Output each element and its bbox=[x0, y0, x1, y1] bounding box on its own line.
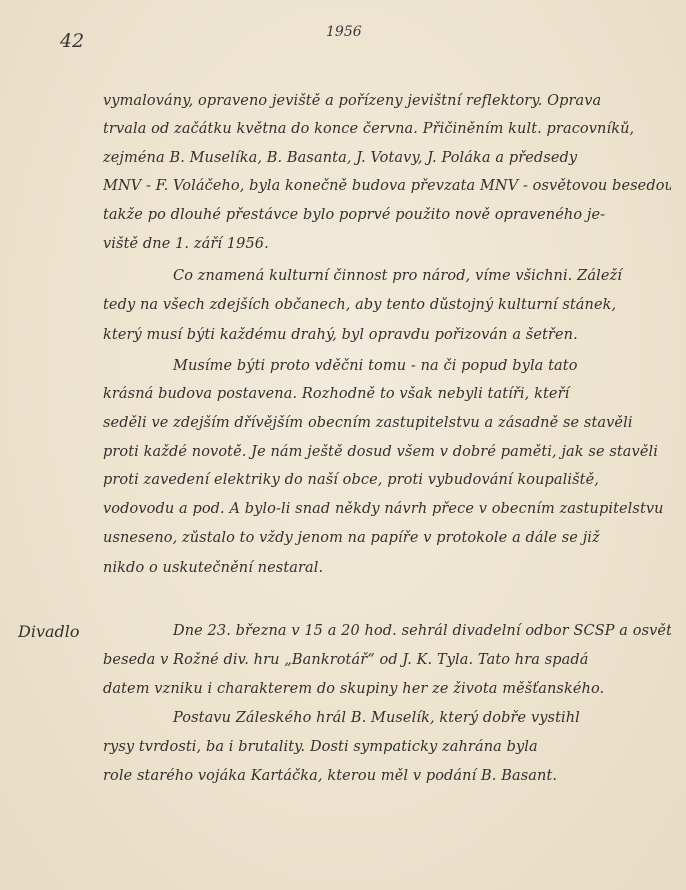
text-line: rysy tvrdosti, ba i brutality. Dosti sym… bbox=[103, 739, 671, 755]
text-line: Musíme býti proto vděčni tomu - na či po… bbox=[103, 358, 671, 374]
text-line: zejména B. Muselíka, B. Basanta, J. Vota… bbox=[103, 150, 671, 166]
text-line: proti každé novotě. Je nám ještě dosud v… bbox=[103, 444, 671, 460]
text-line: vymalovány, opraveno jeviště a pořízeny … bbox=[103, 93, 671, 109]
text-line: proti zavedení elektriky do naší obce, p… bbox=[103, 472, 671, 488]
page-number: 42 bbox=[60, 30, 84, 52]
text-line: tedy na všech zdejších občanech, aby ten… bbox=[103, 297, 671, 313]
text-line: role starého vojáka Kartáčka, kterou měl… bbox=[103, 768, 671, 784]
text-line: Co znamená kulturní činnost pro národ, v… bbox=[103, 268, 671, 284]
text-line: usneseno, zůstalo to vždy jenom na papíř… bbox=[103, 530, 671, 546]
text-line: vodovodu a pod. A bylo-li snad někdy náv… bbox=[103, 501, 671, 517]
text-line: seděli ve zdejším dřívějším obecním zast… bbox=[103, 415, 671, 431]
text-line: datem vzniku i charakterem do skupiny he… bbox=[103, 681, 671, 697]
text-line: trvala od začátku května do konce června… bbox=[103, 121, 671, 137]
year-heading: 1956 bbox=[326, 24, 362, 40]
text-line: takže po dlouhé přestávce bylo poprvé po… bbox=[103, 207, 671, 223]
text-line: beseda v Rožné div. hru „Bankrotář“ od J… bbox=[103, 652, 671, 668]
text-line: Dne 23. března v 15 a 20 hod. sehrál div… bbox=[103, 623, 671, 639]
text-line: Postavu Záleského hrál B. Muselík, který… bbox=[103, 710, 671, 726]
manuscript-page: 42 1956 Divadlo vymalovány, opraveno jev… bbox=[0, 0, 686, 890]
text-line: krásná budova postavena. Rozhodně to vša… bbox=[103, 386, 671, 402]
text-line: nikdo o uskutečnění nestaral. bbox=[103, 560, 671, 576]
margin-note: Divadlo bbox=[18, 622, 80, 641]
text-line: MNV - F. Voláčeho, byla konečně budova p… bbox=[103, 178, 671, 194]
text-line: který musí býti každému drahý, byl oprav… bbox=[103, 327, 671, 343]
text-line: viště dne 1. září 1956. bbox=[103, 236, 671, 252]
